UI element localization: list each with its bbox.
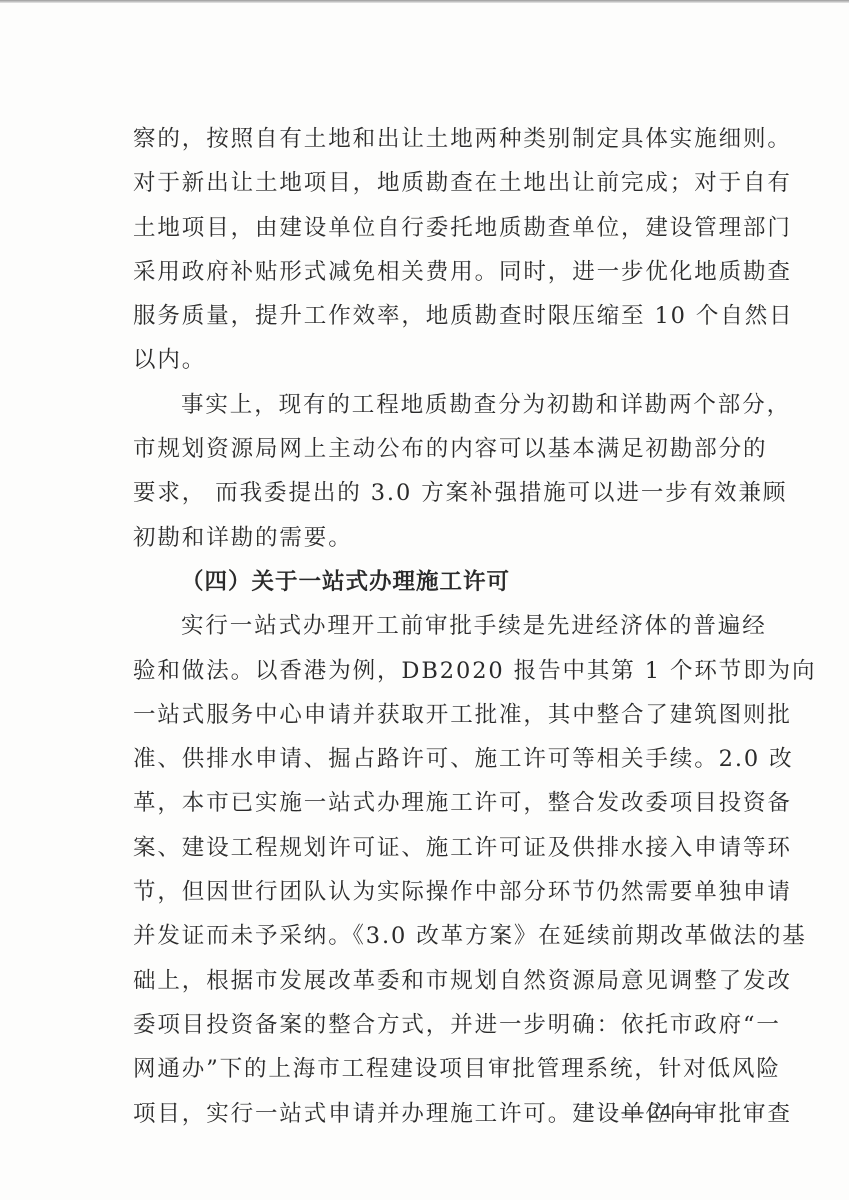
- text-line: 要求， 而我委提出的 3.0 方案补强措施可以进一步有效兼顾: [133, 471, 723, 515]
- text-line: 并发证而未予采纳。《3.0 改革方案》在延续前期改革做法的基: [133, 914, 723, 958]
- text-line: 准、供排水申请、掘占路许可、施工许可等相关手续。2.0 改: [133, 737, 723, 781]
- text-line: 验和做法。以香港为例，DB2020 报告中其第 1 个环节即为向: [133, 649, 723, 693]
- text-line: 采用政府补贴形式减免相关费用。同时，进一步优化地质勘查: [133, 250, 723, 294]
- text-line: 土地项目，由建设单位自行委托地质勘查单位，建设管理部门: [133, 206, 723, 250]
- text-line: 对于新出让土地项目，地质勘查在土地出让前完成；对于自有: [133, 161, 723, 205]
- text-line: 初勘和详勘的需要。: [133, 516, 723, 560]
- section-heading: （四）关于一站式办理施工许可: [133, 560, 723, 604]
- text-line: 网通办”下的上海市工程建设项目审批管理系统，针对低风险: [133, 1047, 723, 1091]
- text-line: 察的，按照自有土地和出让土地两种类别制定具体实施细则。: [133, 117, 723, 161]
- text-line: 节，但因世行团队认为实际操作中部分环节仍然需要单独申请: [133, 870, 723, 914]
- page-number: — 24 —: [605, 1098, 715, 1124]
- text-line: 以内。: [133, 338, 723, 382]
- text-line: 革，本市已实施一站式办理施工许可，整合发改委项目投资备: [133, 781, 723, 825]
- paragraph-start-line: 实行一站式办理开工前审批手续是先进经济体的普遍经: [133, 604, 723, 648]
- scan-edge: [0, 0, 849, 3]
- paragraph-start-line: 事实上，现有的工程地质勘查分为初勘和详勘两个部分，: [133, 383, 723, 427]
- text-line: 一站式服务中心申请并获取开工批准，其中整合了建筑图则批: [133, 693, 723, 737]
- text-line: 服务质量，提升工作效率，地质勘查时限压缩至 10 个自然日: [133, 294, 723, 338]
- text-line: 案、建设工程规划许可证、施工许可证及供排水接入申请等环: [133, 826, 723, 870]
- document-body: 察的，按照自有土地和出让土地两种类别制定具体实施细则。 对于新出让土地项目，地质…: [133, 117, 723, 1136]
- text-line: 市规划资源局网上主动公布的内容可以基本满足初勘部分的: [133, 427, 723, 471]
- text-line: 委项目投资备案的整合方式，并进一步明确：依托市政府“一: [133, 1003, 723, 1047]
- text-line: 础上，根据市发展改革委和市规划自然资源局意见调整了发改: [133, 959, 723, 1003]
